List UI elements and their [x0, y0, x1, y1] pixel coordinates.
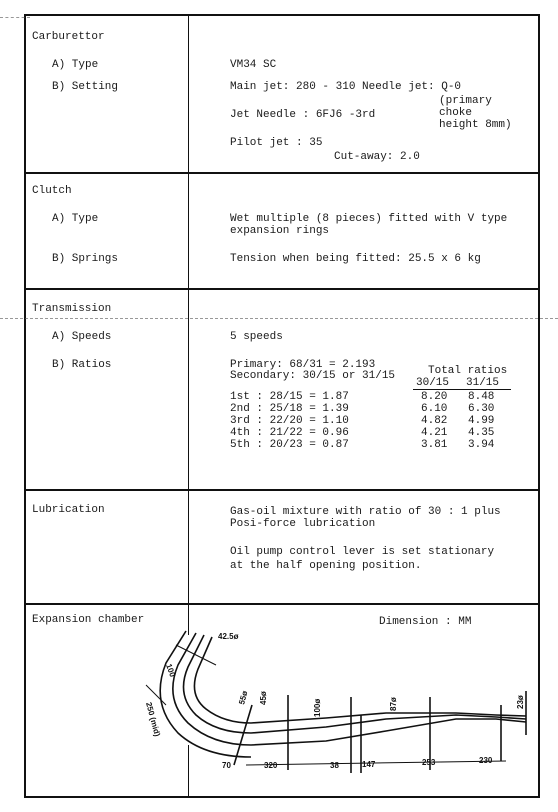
section-transmission: Transmission A) Speeds 5 speeds B) Ratio… — [26, 290, 538, 491]
spec-sheet: Carburettor A) Type B) Setting VM34 SC M… — [24, 14, 540, 798]
lubrication-line-1: Gas-oil mixture with ratio of 30 : 1 plu… — [230, 507, 501, 518]
total-ratio-r31: 6.30 — [468, 404, 494, 415]
scan-artifact-line — [0, 318, 558, 319]
dim-dia-1: 55ø — [237, 690, 249, 706]
speeds-label: A) Speeds — [52, 332, 111, 343]
springs-label: B) Springs — [52, 254, 118, 265]
total-ratio-r31: 8.48 — [468, 392, 494, 403]
choke-note-2: choke — [439, 108, 472, 119]
column-divider — [188, 16, 189, 172]
secondary-ratio: Secondary: 30/15 or 31/15 — [230, 371, 395, 382]
dim-bend-arc: 250 (mid) — [144, 701, 162, 738]
total-ratio-r31: 4.35 — [468, 428, 494, 439]
total-ratio-r30: 4.82 — [421, 416, 447, 427]
choke-note-1: (primary — [439, 96, 492, 107]
total-ratio-r30: 3.81 — [421, 440, 447, 451]
dim-dia-5: 23ø — [516, 695, 525, 709]
total-ratio-r31: 4.99 — [468, 416, 494, 427]
pilot-jet: Pilot jet : 35 — [230, 138, 322, 149]
gear-ratio: 1st : 28/15 = 1.87 — [230, 392, 349, 403]
ratio-col-31-15: 31/15 — [466, 378, 499, 389]
total-ratios-header: Total ratios — [428, 366, 507, 377]
dim-dia-2: 45ø — [259, 691, 268, 705]
choke-note-3: height 8mm) — [439, 120, 512, 131]
section-title: Transmission — [32, 304, 111, 315]
dim-len-2: 320 — [264, 761, 278, 770]
column-divider — [188, 491, 189, 603]
ratio-header-underline — [413, 389, 511, 390]
section-expansion-chamber: Expansion chamber Dimension : MM — [26, 605, 538, 796]
section-lubrication: Lubrication Gas-oil mixture with ratio o… — [26, 491, 538, 605]
dim-len-1: 70 — [222, 761, 231, 770]
gear-ratio: 2nd : 25/18 = 1.39 — [230, 404, 349, 415]
type-value-1: Wet multiple (8 pieces) fitted with V ty… — [230, 214, 507, 225]
speeds-value: 5 speeds — [230, 332, 283, 343]
type-label: A) Type — [52, 60, 98, 71]
section-clutch: Clutch A) Type Wet multiple (8 pieces) f… — [26, 174, 538, 290]
setting-label: B) Setting — [52, 82, 118, 93]
dim-dia-3: 100ø — [313, 699, 322, 717]
column-divider — [188, 174, 189, 288]
gear-ratio: 3rd : 22/20 = 1.10 — [230, 416, 349, 427]
cut-away: Cut-away: 2.0 — [334, 152, 420, 163]
total-ratio-r30: 6.10 — [421, 404, 447, 415]
scan-artifact-line — [0, 17, 30, 18]
dim-len-4: 147 — [362, 760, 376, 769]
gear-ratio: 5th : 20/23 = 0.87 — [230, 440, 349, 451]
total-ratio-r31: 3.94 — [468, 440, 494, 451]
dim-bend-len: 100 — [164, 663, 177, 679]
column-divider — [188, 290, 189, 489]
gear-ratio: 4th : 21/22 = 0.96 — [230, 428, 349, 439]
section-carburettor: Carburettor A) Type B) Setting VM34 SC M… — [26, 16, 538, 174]
type-value-2: expansion rings — [230, 226, 329, 237]
ratio-col-30-15: 30/15 — [416, 378, 449, 389]
type-value: VM34 SC — [230, 60, 276, 71]
springs-value: Tension when being fitted: 25.5 x 6 kg — [230, 254, 481, 265]
dim-len-6: 230 — [479, 756, 493, 765]
lubrication-line-3: Oil pump control lever is set stationary — [230, 547, 494, 558]
total-ratio-r30: 4.21 — [421, 428, 447, 439]
lubrication-line-4: at the half opening position. — [230, 561, 421, 572]
section-title: Carburettor — [32, 32, 105, 43]
lubrication-line-2: Posi-force lubrication — [230, 519, 375, 530]
dim-dia-4: 87ø — [389, 697, 398, 711]
expansion-chamber-drawing: 42.5ø 100 250 (mid) 55ø 45ø 100ø 87ø 23ø… — [26, 605, 538, 796]
type-label: A) Type — [52, 214, 98, 225]
dim-len-5: 253 — [422, 758, 436, 767]
section-title: Clutch — [32, 186, 72, 197]
dim-inlet-dia: 42.5ø — [218, 632, 239, 641]
dim-len-3: 38 — [330, 761, 339, 770]
ratios-label: B) Ratios — [52, 360, 111, 371]
total-ratio-r30: 8.20 — [421, 392, 447, 403]
jet-needle: Jet Needle : 6FJ6 -3rd — [230, 110, 375, 121]
main-jet: Main jet: 280 - 310 Needle jet: Q-0 — [230, 82, 461, 93]
section-title: Lubrication — [32, 505, 105, 516]
